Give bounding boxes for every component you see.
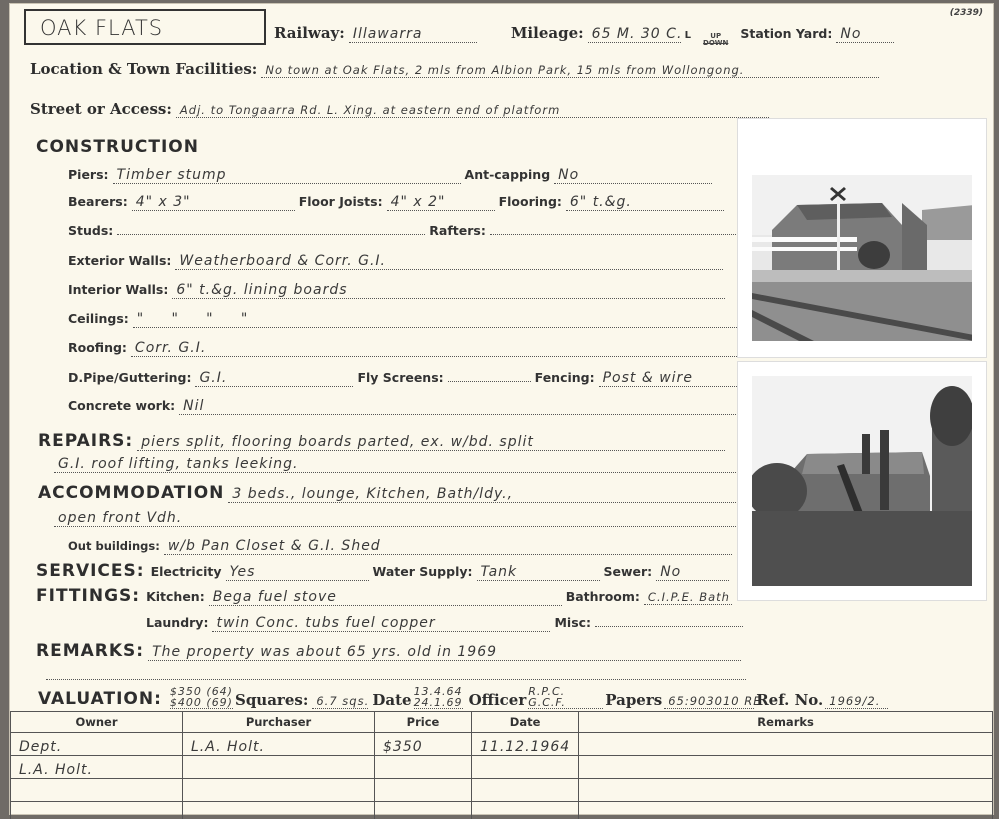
table-header-row: Owner Purchaser Price Date Remarks [11, 712, 993, 733]
mileage-side: L [685, 30, 691, 41]
repairs-row: REPAIRS: piers split, flooring boards pa… [38, 431, 729, 451]
catalog-number: (2339) [950, 8, 983, 18]
piers-value: Timber stump [113, 167, 461, 184]
table-row: Dept.L.A. Holt.$35011.12.1964 [11, 733, 993, 756]
date-label: Date [372, 691, 411, 709]
accommodation-row-2: open front Vdh. [50, 510, 746, 527]
cell-date [472, 802, 579, 819]
fittings-row: FITTINGS: Kitchen: Bega fuel stove Bathr… [36, 586, 736, 606]
station-name: OAK FLATS [40, 16, 163, 40]
table-row: L.A. Holt. [11, 756, 993, 779]
accommodation-line-2: open front Vdh. [54, 510, 742, 527]
officer-label: Officer [469, 691, 527, 709]
cell-purchaser [183, 756, 375, 779]
ceilings-value: " " " " [133, 311, 741, 328]
valuation-heading: VALUATION: [38, 689, 162, 709]
squares-value: 6.7 sqs. [312, 694, 368, 709]
ceilings-row: Ceilings: " " " " [68, 311, 745, 328]
rafters-value [490, 234, 738, 235]
piers-row: Piers: Timber stump Ant-capping No [68, 167, 716, 184]
remarks-row: REMARKS: The property was about 65 yrs. … [36, 641, 745, 661]
header-date: Date [472, 712, 579, 733]
fencing-value: Post & wire [599, 370, 737, 387]
property-record-card: OAK FLATS (2339) Railway: Illawarra Mile… [9, 3, 994, 815]
cell-price [375, 802, 472, 819]
squares-label: Squares: [235, 691, 308, 709]
interior-walls-label: Interior Walls: [68, 282, 168, 297]
roofing-label: Roofing: [68, 340, 127, 355]
railway-row: Railway: Illawarra Mileage: 65 M. 30 C. … [274, 24, 898, 47]
outbuildings-label: Out buildings: [68, 539, 160, 553]
accommodation-line-1: 3 beds., lounge, Kitchen, Bath/ldy., [228, 486, 756, 503]
roofing-row: Roofing: Corr. G.I. [68, 340, 743, 357]
cell-remarks [579, 756, 993, 779]
dpipe-row: D.Pipe/Guttering: G.I. Fly Screens: Fenc… [68, 370, 741, 387]
cell-date: 11.12.1964 [472, 733, 579, 756]
cell-price [375, 756, 472, 779]
valuation-date-2: 24.1.69 [414, 697, 463, 709]
outbuildings-row: Out buildings: w/b Pan Closet & G.I. She… [68, 538, 736, 555]
direction-indicator: UP DOWN [703, 33, 728, 47]
studs-row: Studs: Rafters: [68, 223, 742, 238]
cell-owner [11, 802, 183, 819]
repairs-line-2: G.I. roof lifting, tanks leeking. [54, 456, 742, 473]
floor-joists-label: Floor Joists: [299, 194, 383, 209]
concrete-label: Concrete work: [68, 398, 175, 413]
ownership-table: Owner Purchaser Price Date Remarks Dept.… [10, 711, 993, 819]
fly-screens-label: Fly Screens: [357, 370, 443, 385]
location-label: Location & Town Facilities: [30, 60, 257, 78]
laundry-value: twin Conc. tubs fuel copper [212, 615, 550, 632]
mileage-value: 65 M. 30 C. [588, 26, 681, 43]
station-name-box: OAK FLATS [24, 9, 266, 45]
photo-image-1 [752, 175, 972, 341]
cell-remarks [579, 802, 993, 819]
exterior-walls-value: Weatherboard & Corr. G.I. [175, 253, 723, 270]
construction-heading: CONSTRUCTION [36, 137, 199, 157]
kitchen-label: Kitchen: [146, 589, 205, 604]
exterior-walls-label: Exterior Walls: [68, 253, 171, 268]
header-remarks: Remarks [579, 712, 993, 733]
access-row: Street or Access: Adj. to Tongaarra Rd. … [30, 100, 773, 118]
concrete-row: Concrete work: Nil [68, 398, 746, 415]
remarks-heading: REMARKS: [36, 641, 144, 661]
ref-number-value: 1969/2. [825, 694, 888, 709]
services-row: SERVICES: Electricity Yes Water Supply: … [36, 561, 733, 581]
exterior-walls-row: Exterior Walls: Weatherboard & Corr. G.I… [68, 253, 727, 270]
valuation-dates: 13.4.64 24.1.69 [414, 686, 463, 709]
rafters-label: Rafters: [429, 223, 486, 238]
services-heading: SERVICES: [36, 561, 145, 581]
bathroom-value: C.I.P.E. Bath [644, 590, 732, 605]
fly-screens-value [448, 381, 531, 382]
concrete-value: Nil [179, 398, 742, 415]
kitchen-value: Bega fuel stove [209, 589, 562, 606]
cell-remarks [579, 779, 993, 802]
valuation-row: VALUATION: $350 (64) $400 (69) Squares: … [38, 686, 890, 709]
repairs-line-1: piers split, flooring boards parted, ex.… [137, 434, 725, 451]
dpipe-label: D.Pipe/Guttering: [68, 370, 191, 385]
laundry-row: Laundry: twin Conc. tubs fuel copper Mis… [146, 615, 747, 632]
cell-purchaser [183, 802, 375, 819]
electricity-label: Electricity [151, 564, 222, 579]
officers: R.P.C. G.C.F. [528, 686, 603, 709]
access-value: Adj. to Tongaarra Rd. L. Xing. at easter… [176, 103, 769, 118]
access-label: Street or Access: [30, 100, 172, 118]
bearers-value: 4" x 3" [132, 194, 295, 211]
remarks-value: The property was about 65 yrs. old in 19… [148, 644, 741, 661]
railway-value: Illawarra [349, 26, 477, 43]
cell-price [375, 779, 472, 802]
table-row [11, 779, 993, 802]
misc-label: Misc: [554, 615, 591, 630]
cell-owner [11, 779, 183, 802]
cell-date [472, 756, 579, 779]
residence-rear-photo-icon [752, 376, 972, 586]
photo-image-2 [752, 376, 972, 586]
laundry-label: Laundry: [146, 615, 208, 630]
blank-dotted-line [46, 679, 746, 680]
cell-date [472, 779, 579, 802]
header-price: Price [375, 712, 472, 733]
interior-walls-row: Interior Walls: 6" t.&g. lining boards [68, 282, 729, 299]
outbuildings-value: w/b Pan Closet & G.I. Shed [164, 538, 732, 555]
header-owner: Owner [11, 712, 183, 733]
bathroom-label: Bathroom: [566, 589, 640, 604]
station-yard-value: No [836, 26, 894, 43]
accommodation-row: ACCOMMODATION 3 beds., lounge, Kitchen, … [38, 483, 760, 503]
ant-capping-value: No [554, 167, 712, 184]
location-row: Location & Town Facilities: No town at O… [30, 60, 883, 78]
table-row [11, 802, 993, 819]
cell-purchaser [183, 779, 375, 802]
ceilings-label: Ceilings: [68, 311, 129, 326]
bearers-label: Bearers: [68, 194, 128, 209]
studs-value [117, 234, 425, 235]
studs-label: Studs: [68, 223, 113, 238]
piers-label: Piers: [68, 167, 109, 182]
cell-owner: L.A. Holt. [11, 756, 183, 779]
cell-remarks [579, 733, 993, 756]
papers-label: Papers [605, 691, 662, 709]
repairs-heading: REPAIRS: [38, 431, 133, 451]
interior-walls-value: 6" t.&g. lining boards [172, 282, 725, 299]
bearers-row: Bearers: 4" x 3" Floor Joists: 4" x 2" F… [68, 194, 728, 211]
station-yard-label: Station Yard: [740, 26, 832, 41]
direction-down: DOWN [703, 39, 728, 47]
flooring-label: Flooring: [499, 194, 562, 209]
roofing-value: Corr. G.I. [131, 340, 739, 357]
papers-value: 65:903010 RE [664, 694, 754, 709]
valuation-values: $350 (64) $400 (69) [170, 686, 233, 709]
electricity-value: Yes [226, 564, 369, 581]
water-supply-label: Water Supply: [373, 564, 473, 579]
station-building-photo-icon [752, 175, 972, 341]
water-supply-value: Tank [477, 564, 600, 581]
construction-heading-row: CONSTRUCTION [36, 137, 199, 157]
photo-station-rear [737, 361, 987, 601]
railway-label: Railway: [274, 24, 345, 42]
floor-joists-value: 4" x 2" [387, 194, 495, 211]
ant-capping-label: Ant-capping [465, 167, 551, 182]
repairs-row-2: G.I. roof lifting, tanks leeking. [50, 456, 746, 473]
location-value: No town at Oak Flats, 2 mls from Albion … [261, 63, 879, 78]
photo-station-front [737, 118, 987, 358]
sewer-label: Sewer: [604, 564, 653, 579]
sewer-value: No [656, 564, 729, 581]
valuation-value-1969: $400 (69) [170, 697, 233, 709]
flooring-value: 6" t.&g. [566, 194, 724, 211]
cell-price: $350 [375, 733, 472, 756]
accommodation-heading: ACCOMMODATION [38, 483, 224, 503]
fencing-label: Fencing: [535, 370, 595, 385]
officer-2: G.C.F. [528, 697, 603, 709]
cell-owner: Dept. [11, 733, 183, 756]
cell-purchaser: L.A. Holt. [183, 733, 375, 756]
header-purchaser: Purchaser [183, 712, 375, 733]
misc-value [595, 626, 743, 627]
dpipe-value: G.I. [195, 370, 353, 387]
fittings-heading: FITTINGS: [36, 586, 140, 606]
mileage-label: Mileage: [511, 24, 584, 42]
ref-number-label: Ref. No. [756, 691, 823, 709]
